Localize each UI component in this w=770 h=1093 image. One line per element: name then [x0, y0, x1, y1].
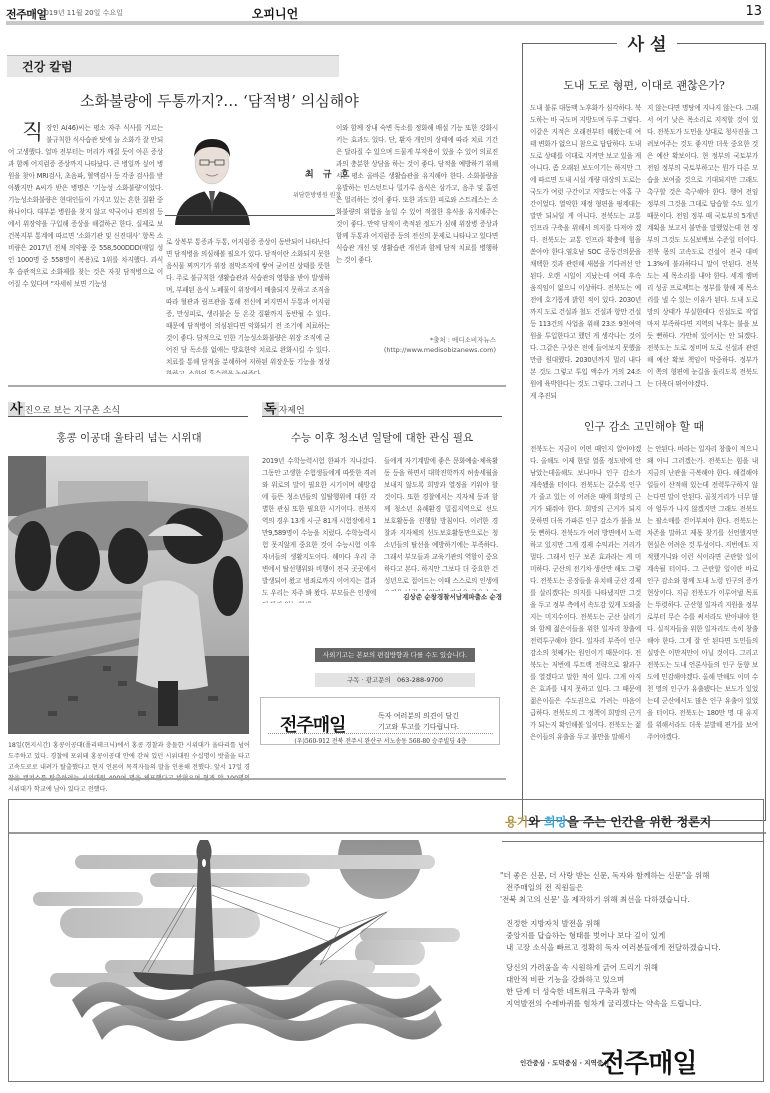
editorial-2-col2: 는 안된다. 바라는 일자리 창출이 적으니 왜 아니 그러겠는가. 전북도는 … — [647, 443, 758, 811]
ad-headline-and: 와 — [528, 815, 544, 829]
reader-column-heading: 독자제언 — [262, 398, 305, 417]
heading-cap: 사 — [8, 402, 25, 417]
ad-line: "더 좋은 신문, 더 사랑 받는 신문, 독자와 함께하는 신문"을 위해 — [500, 870, 709, 882]
section-divider — [8, 778, 506, 780]
subscription-bar: 구독 · 광고문의 063-288-9700 — [315, 673, 475, 687]
heading-rest: 자제언 — [279, 406, 305, 416]
contribution-line-1: 독자 여러분의 의견이 담긴 — [378, 711, 459, 722]
ad-paragraph-1: "더 좋은 신문, 더 사랑 받는 신문, 독자와 함께하는 신문"을 위해 전… — [500, 870, 709, 906]
section-divider — [8, 385, 506, 387]
reader-signature: 김상준 순창경찰서남계파출소 순경 — [384, 592, 502, 601]
portrait-icon — [165, 125, 260, 225]
ad-paragraph-3: 당신의 가려움을 속 시원하게 긁어 드리기 위해 대안적 비판 기능을 강화하… — [506, 962, 701, 1010]
contribution-address: (우)560-912 전북 전주시 완산구 서노송동 568-80 승주빌딩 4… — [268, 733, 493, 745]
author-divider — [165, 215, 335, 216]
contribution-text: 독자 여러분의 의견이 담긴 기고와 투고를 기다립니다. — [378, 711, 459, 733]
photo-caption: 18일(현지시간) 홍콩이공대(폴리테크닉)에서 홍콩 경찰과 충돌한 시위대가… — [8, 740, 250, 795]
editorial-label: 사 설 — [617, 30, 677, 55]
health-column-body-col1: 직 장인 A(46)씨는 평소 자주 식사를 거르는 불규칙한 식사습관 탓에 … — [8, 122, 163, 377]
ad-line: 당신의 가려움을 속 시원하게 긁어 드리기 위해 — [506, 962, 701, 974]
subscription-label: 구독 · 광고문의 — [347, 676, 391, 684]
source-credit: *출처 : 메디소비자뉴스 — [336, 335, 496, 344]
author-portrait — [165, 125, 260, 225]
subscription-phone[interactable]: 063-288-9700 — [397, 676, 443, 684]
header-divider — [6, 21, 764, 25]
heading-rest: 진으로 보는 지구촌 소식 — [25, 406, 121, 416]
ad-headline-hope: 희망 — [544, 815, 567, 829]
dropcap: 직 — [22, 122, 43, 144]
ad-slogan: 인간중심 · 도덕중심 · 지역중심 — [520, 1058, 609, 1067]
reader-column-headline: 수능 이후 청소년 일탈에 대한 관심 필요 — [260, 430, 504, 445]
page-number: 13 — [745, 4, 762, 19]
ad-brand-logo: 전주매일 — [600, 1043, 696, 1080]
world-photo-rule — [8, 416, 248, 417]
health-column-body-col2: 로 상복부 통증과 두통, 어지럼증 증상이 동반되어 나타난다면 담적병을 의… — [166, 236, 330, 374]
world-photo-heading: 사진으로 보는 지구촌 소식 — [8, 398, 120, 417]
section-title: 오피니언 — [240, 5, 310, 22]
ad-paragraph-2: 진정한 지방자치 발전을 위해 중앙지를 답습하는 형태를 벗어나 보다 깊이 … — [506, 918, 721, 954]
ad-line: 진정한 지방자치 발전을 위해 — [506, 918, 721, 930]
author-role: 위담한방병원 원장 — [293, 190, 341, 199]
ad-headline-rest: 을 주는 인간을 위한 정론지 — [567, 815, 711, 829]
health-column-headline: 소화불량에 두통까지?… ‘담적병’ 의심해야 — [80, 90, 410, 111]
health-column-label: 건강 칼럼 — [22, 58, 73, 75]
editorial-headline-1: 도내 도로 형편, 이대로 괜찮은가? — [524, 77, 764, 93]
contribution-line-2: 기고와 투고를 기다립니다. — [378, 722, 459, 733]
ad-line: 한 단계 더 성숙한 네트워크 구축과 함께 — [506, 986, 701, 998]
editorial-headline-2: 인구 감소 고민해야 할 때 — [524, 418, 764, 434]
ad-line: 중앙지를 답습하는 형태를 벗어나 보다 깊이 있게 — [506, 930, 721, 942]
protest-photo-image — [8, 456, 249, 734]
ad-line: 전주매일의 전 직원들은 — [500, 882, 709, 894]
ad-line: 지역발전의 수레바퀴를 힘차게 굴리겠다는 약속을 드립니다. — [506, 998, 701, 1010]
ship-illustration-icon — [30, 840, 470, 1070]
ad-line: '전북 최고의 신문' 을 제작하기 위해 최선을 다하겠습니다. — [500, 894, 709, 906]
source-url[interactable]: (http://www.medisobizanews.com) — [336, 346, 496, 354]
health-column-body-col3: 이와 함께 장내 숙변 독소를 정화해 배설 기능 또한 강화시키는 효과도 있… — [336, 122, 498, 344]
ad-headline-rule — [502, 841, 764, 842]
ad-headline: 용기와 희망을 주는 인간을 위한 정론지 — [505, 813, 711, 830]
ad-headline-courage: 용기 — [505, 815, 528, 829]
heading-cap: 독 — [262, 402, 279, 417]
ad-illustration — [30, 840, 470, 1070]
news-photo — [8, 456, 249, 734]
reader-column-col1: 2019년 수학능력시험 한파가 지나갔다. 그동안 고생한 수험생들에게 따뜻… — [262, 455, 376, 603]
reader-column-col2: 들에게 자기계발에 좋은 문화예술·체육활동 등을 하면서 대학진학까지 허송세… — [384, 455, 498, 591]
ad-line: 대안적 비판 기능을 강화하고 있으며 — [506, 974, 701, 986]
ad-line: 내 고장 소식을 빠르고 정확히 독자 여러분들에게 전달하겠습니다. — [506, 942, 721, 954]
editorial-1-col2: 지 않는다면 명탕에 지나지 않는다. 그래서 여기 낮은 목소리로 지적할 것… — [647, 102, 758, 406]
editorial-1-col1: 도내 불류 대동맥 노후화가 심각하다. 북도하는 바 국도며 지방도며 두루 … — [530, 102, 641, 406]
health-col1-text: 장인 A(46)씨는 평소 자주 식사를 거르는 불규칙한 식사습관 탓에 늘 … — [8, 124, 163, 288]
disclaimer-bar: 사외기고는 본보의 편집방향과 다를 수도 있습니다. — [315, 648, 475, 662]
issue-date: 2019년 11월 20일 수요일 — [40, 8, 123, 18]
reader-column-rule — [262, 416, 502, 417]
world-photo-headline: 홍콩 이공대 울타리 넘는 시위대 — [8, 430, 250, 445]
editorial-2-col1: 전북도는 지금이 어떤 때인지 알아야겠다. 올해도 이제 한달 열흘 정도밖에… — [530, 443, 641, 811]
